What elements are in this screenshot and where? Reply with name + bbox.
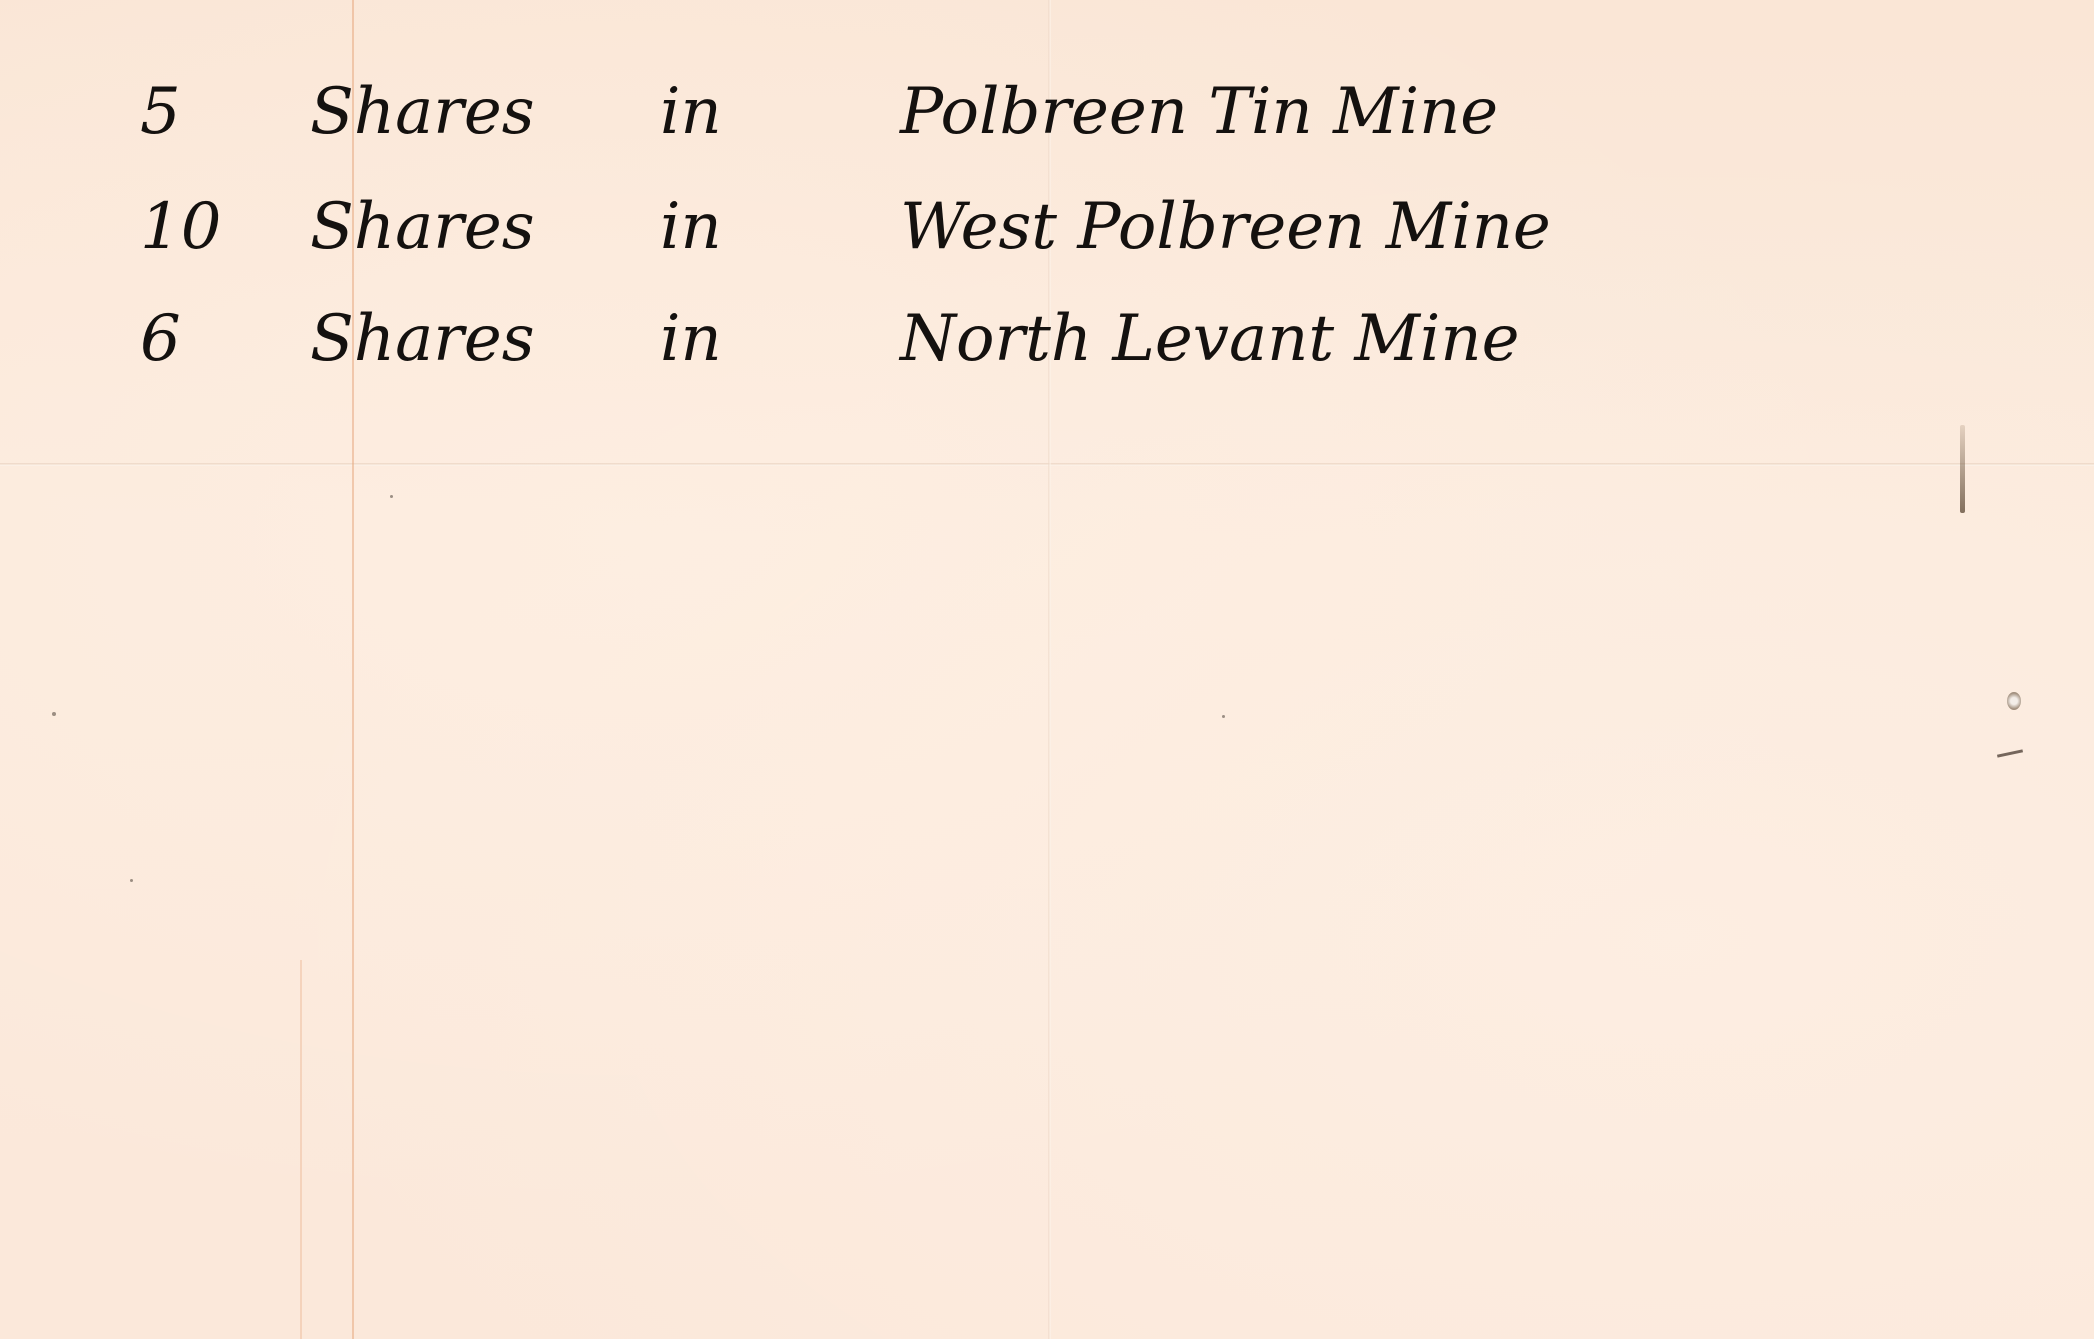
paper-speck [130,879,133,882]
share-quantity: 10 [140,190,250,264]
mine-name: West Polbreen Mine [900,190,1551,264]
paper-speck [52,712,56,716]
share-unit: Shares [310,75,630,149]
share-unit: Shares [310,302,630,376]
pin-hole [2007,692,2021,710]
share-unit: Shares [310,190,630,264]
paper-speck [1222,715,1225,718]
share-quantity: 5 [140,75,250,149]
mine-name: Polbreen Tin Mine [900,75,1498,149]
share-preposition: in [660,302,780,376]
share-quantity: 6 [140,302,250,376]
pin-scratch-mark [1997,749,2023,757]
mine-name: North Levant Mine [900,302,1519,376]
share-preposition: in [660,190,780,264]
faint-rule-line [300,960,302,1339]
paper-sheet: 5 Shares in Polbreen Tin Mine 10 Shares … [0,0,2094,1339]
share-preposition: in [660,75,780,149]
horizontal-fold-crease [0,463,2094,466]
paper-speck [390,495,393,498]
pin-rust-mark [1960,425,1965,513]
